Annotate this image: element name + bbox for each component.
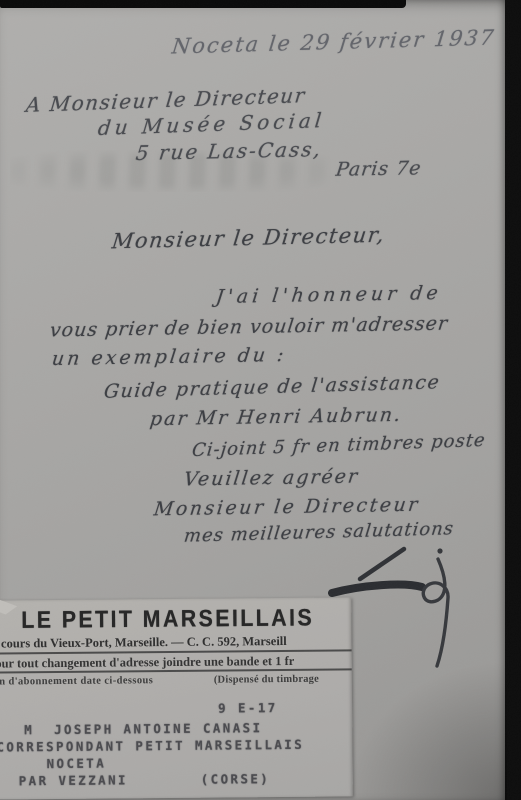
closing-line: Veuillez agréer (183, 465, 361, 490)
clipping-footer-right: (Dispensé du timbrage (214, 674, 319, 686)
body-line: par Mr Henri Aubrun. (149, 404, 404, 430)
stamp-address-line: CORRESPONDANT PETIT MARSEILLAIS (0, 737, 304, 755)
newspaper-clipping: LE PETIT MARSEILLAIS 5, cours du Vieux-P… (0, 597, 353, 799)
scan-top-black-strip (0, 0, 406, 8)
signature-paraph (328, 535, 518, 685)
stamp-address-line: NOCETA (46, 756, 106, 772)
clipping-masthead: LE PETIT MARSEILLAIS (21, 604, 314, 635)
closing-line: Monsieur le Directeur (153, 494, 422, 521)
stamp-address-line: M JOSEPH ANTOINE CANASI (24, 720, 262, 737)
stamp-address-line: PAR VEZZANI (19, 772, 128, 788)
stamp-address-line: (CORSE) (201, 771, 271, 787)
clipping-address-line: 5, cours du Vieux-Port, Marseille. — C. … (0, 634, 287, 652)
stamp-code: 9 E-17 (218, 700, 278, 716)
recipient-line: Paris 7e (335, 157, 423, 181)
recipient-line: 5 rue Las-Cass, (135, 137, 324, 165)
scanned-letter-photo: Noceta le 29 février 1937 A Monsieur le … (0, 0, 521, 800)
clipping-footer-left: in d'abonnement date ci-dessous (0, 675, 153, 687)
body-line: J'ai l'honneur de (215, 282, 443, 308)
body-line: un exemplaire du : (51, 344, 288, 370)
